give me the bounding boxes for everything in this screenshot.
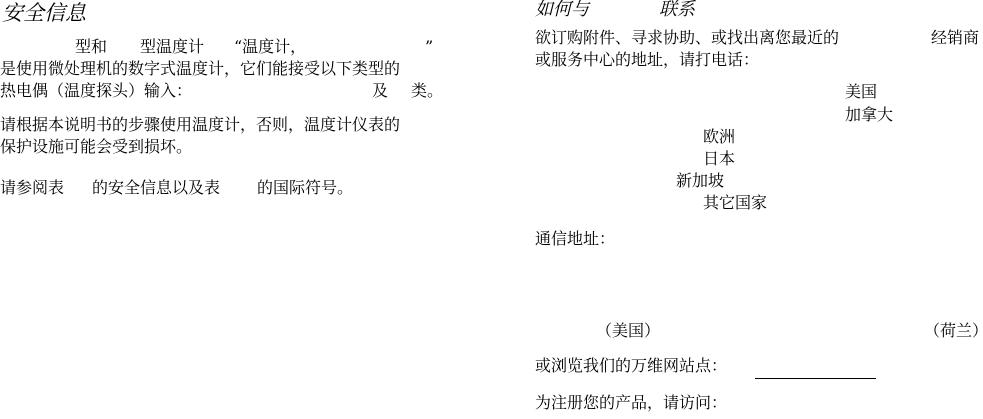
- intro-line3-seg2: 及: [372, 80, 388, 102]
- phone-region-canada: 加拿大: [845, 104, 893, 126]
- intro-line2: 是使用微处理机的数字式温度计，它们能接受以下类型的: [0, 58, 400, 80]
- intro-line3-seg3: 类。: [411, 80, 443, 102]
- contact-heading-seg2: 联系: [659, 0, 695, 20]
- contact-intro-line1-left: 欲订购附件、寻求协助、或找出离您最近的: [535, 27, 839, 49]
- table-ref-seg2: 的安全信息以及表: [92, 177, 220, 199]
- table-ref-seg1: 请参阅表: [0, 177, 64, 199]
- address-country-netherlands: （荷兰）: [924, 320, 983, 342]
- intro-line1-seg3: “温度计，: [234, 36, 306, 58]
- safety-info-heading: 安全信息: [2, 1, 86, 25]
- table-ref-seg3: 的国际符号。: [257, 177, 353, 199]
- contact-intro-line2: 或服务中心的地址，请打电话：: [535, 49, 759, 71]
- website-url-blank: [755, 378, 876, 379]
- intro-line1-seg1: 型和: [75, 36, 107, 58]
- website-label: 或浏览我们的万维网站点：: [535, 355, 727, 377]
- register-product-label: 为注册您的产品，请访问：: [535, 392, 727, 414]
- phone-region-usa: 美国: [845, 81, 877, 103]
- contact-heading-seg1: 如何与: [535, 0, 589, 20]
- usage-warning-line2: 保护设施可能会受到损坏。: [0, 136, 192, 158]
- contact-intro-line1-right: 经销商: [931, 27, 979, 49]
- intro-line3-seg1: 热电偶（温度探头）输入：: [0, 80, 192, 102]
- mailing-address-label: 通信地址：: [535, 228, 615, 250]
- phone-region-other: 其它国家: [703, 192, 767, 214]
- intro-line1-seg4: ”: [425, 36, 433, 58]
- intro-line1-seg2: 型温度计: [140, 36, 204, 58]
- usage-warning-line1: 请根据本说明书的步骤使用温度计，否则，温度计仪表的: [0, 114, 400, 136]
- phone-region-japan: 日本: [703, 148, 735, 170]
- address-country-usa: （美国）: [596, 320, 660, 342]
- phone-region-singapore: 新加坡: [676, 170, 724, 192]
- phone-region-europe: 欧洲: [703, 126, 735, 148]
